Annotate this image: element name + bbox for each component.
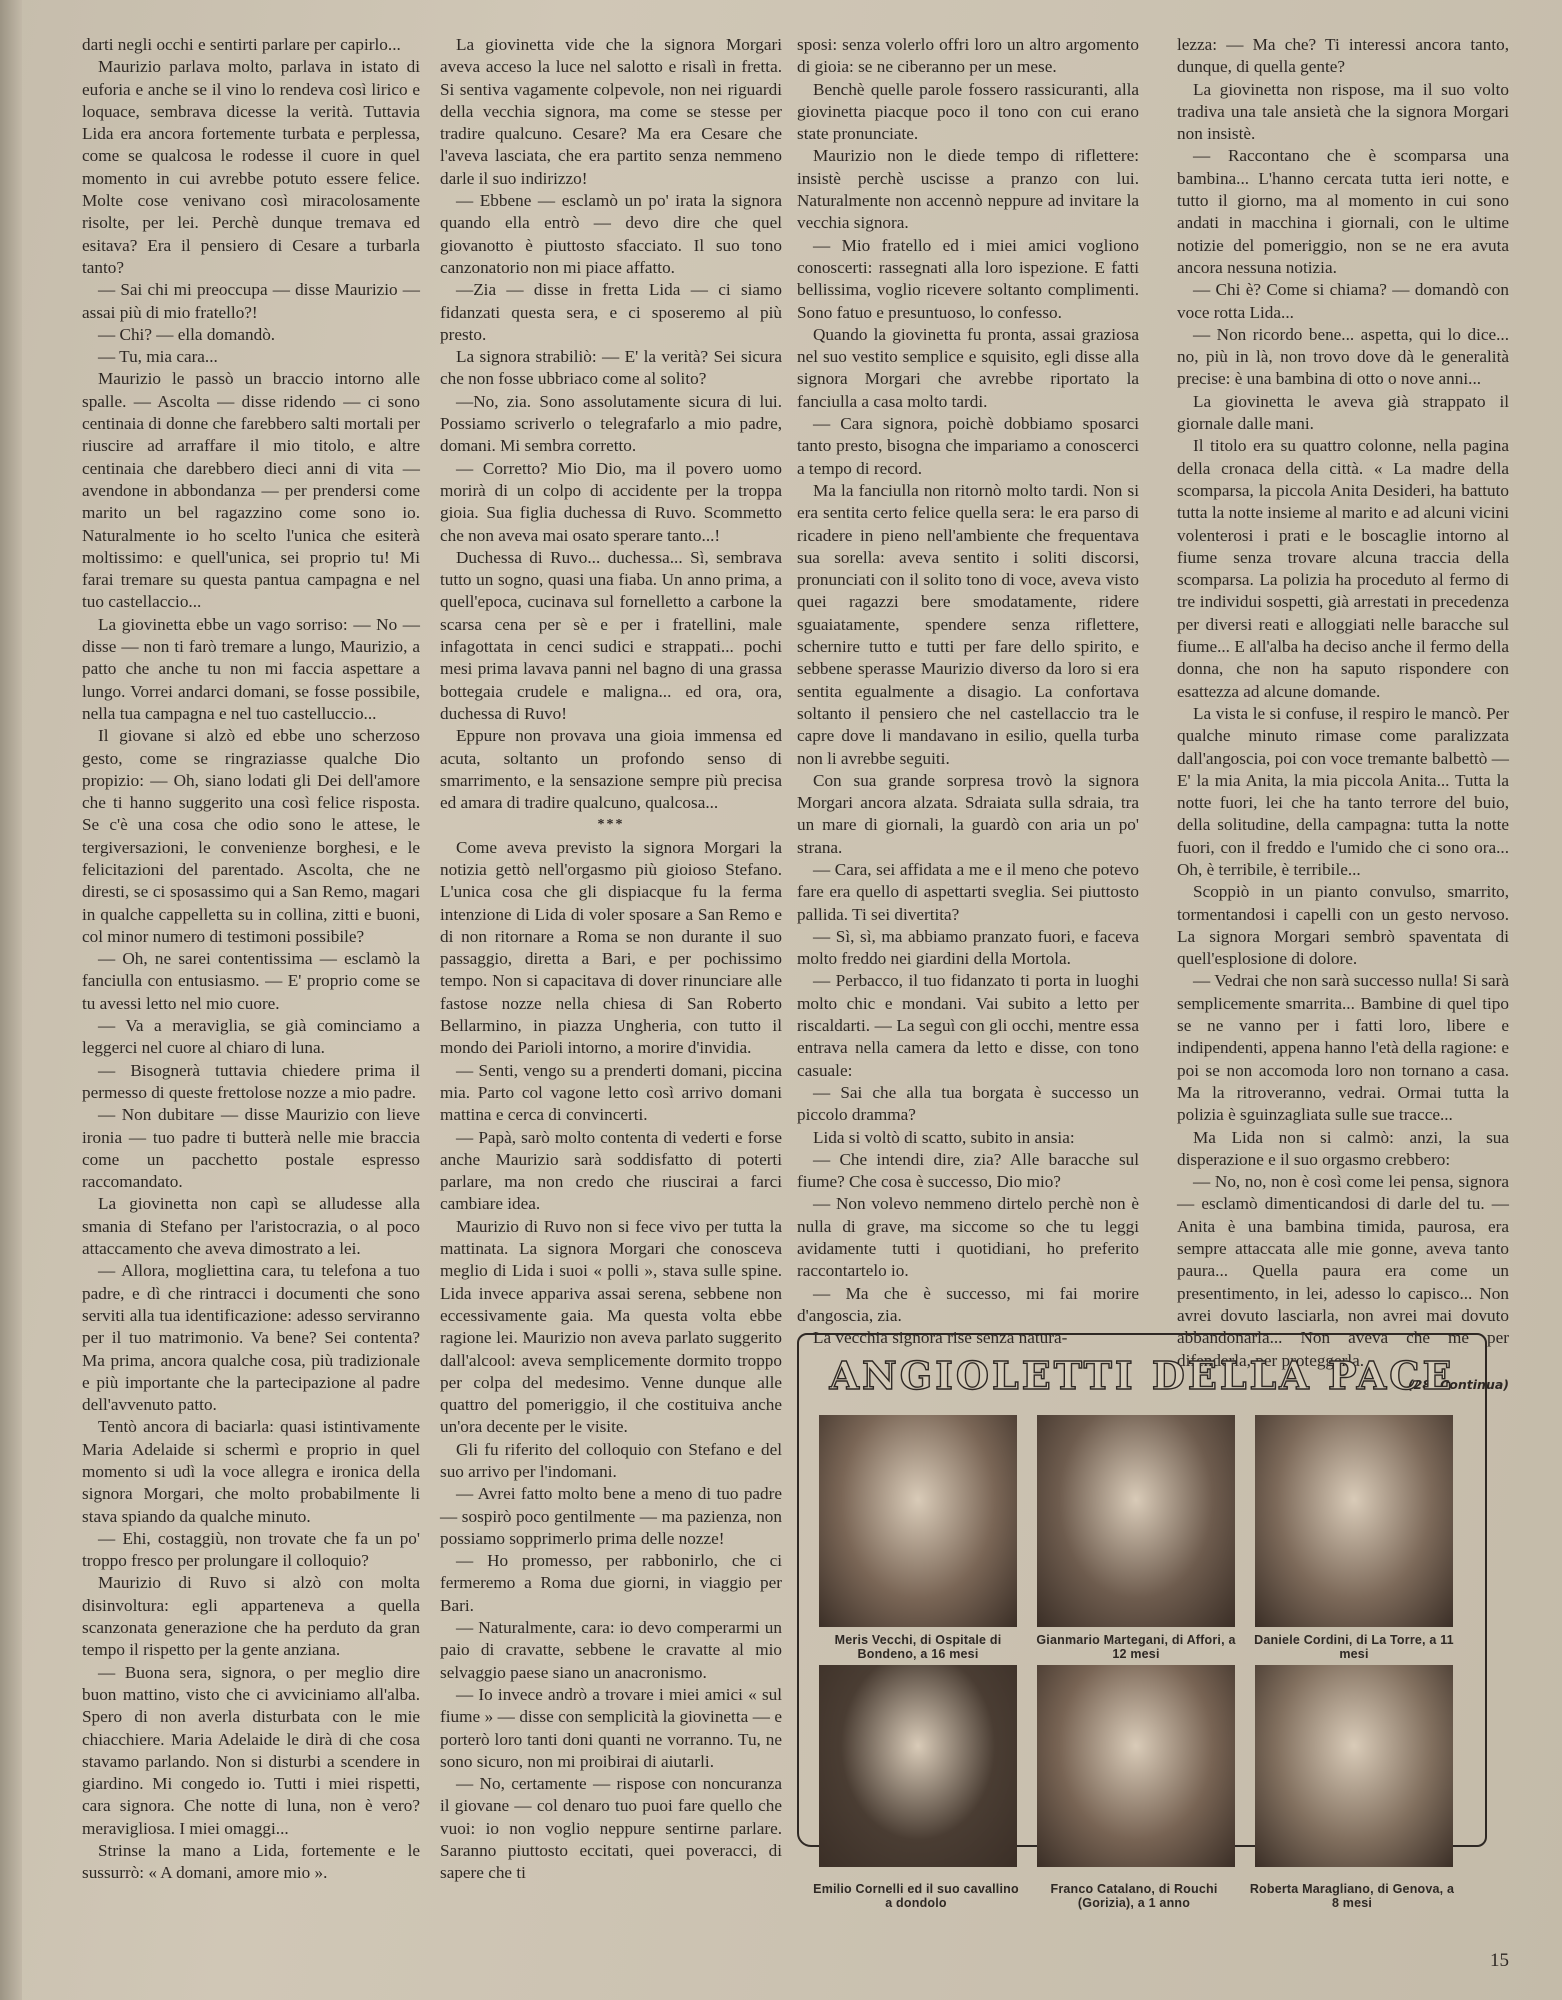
paragraph: La vista le si confuse, il respiro le ma… [1177,703,1509,881]
paragraph: — Naturalmente, cara: io devo comperarmi… [440,1617,782,1684]
page-spine-shadow [0,0,22,2000]
paragraph: — Chi? — ella domandò. [82,324,420,346]
paragraph: lezza: — Ma che? Ti interessi ancora tan… [1177,34,1509,79]
baby-photo-5 [1037,1665,1235,1867]
photo-feature-box: ANGIOLETTI DELLA PACE Meris Vecchi, di O… [797,1333,1487,1847]
paragraph: Gli fu riferito del colloquio con Stefan… [440,1439,782,1484]
paragraph: Lida si voltò di scatto, subito in ansia… [797,1127,1139,1149]
paragraph: La signora strabiliò: — E' la verità? Se… [440,346,782,391]
photo-feature-title: ANGIOLETTI DELLA PACE [821,1353,1463,1398]
paragraph: Il titolo era su quattro colonne, nella … [1177,435,1509,703]
paragraph: — Ma che è successo, mi fai morire d'ang… [797,1283,1139,1328]
paragraph: Tentò ancora di baciarla: quasi istintiv… [82,1416,420,1527]
paragraph: — Perbacco, il tuo fidanzato ti porta in… [797,970,1139,1081]
paragraph: Benchè quelle parole fossero rassicurant… [797,79,1139,146]
baby-photo-2 [1037,1415,1235,1627]
paragraph: — Papà, sarò molto contenta di vederti e… [440,1127,782,1216]
paragraph: — Ebbene — esclamò un po' irata la signo… [440,190,782,279]
paragraph: — Non ricordo bene... aspetta, qui lo di… [1177,324,1509,391]
paragraph: Scoppiò in un pianto convulso, smarrito,… [1177,881,1509,970]
paragraph: — Tu, mia cara... [82,346,420,368]
paragraph: — Buona sera, signora, o per meglio dire… [82,1662,420,1840]
paragraph: Con sua grande sorpresa trovò la signora… [797,770,1139,859]
paragraph: — Bisognerà tuttavia chiedere prima il p… [82,1060,420,1105]
photo-caption-6: Roberta Maragliano, di Genova, a 8 mesi [1249,1882,1455,1910]
paragraph: — Sì, sì, ma abbiamo pranzato fuori, e f… [797,926,1139,971]
paragraph: La giovinetta ebbe un vago sorriso: — No… [82,614,420,725]
paragraph: — Cara signora, poichè dobbiamo sposarci… [797,413,1139,480]
photo-caption-2: Gianmario Martegani, di Affori, a 12 mes… [1033,1633,1239,1661]
text-column-4: lezza: — Ma che? Ti interessi ancora tan… [1177,34,1509,1396]
paragraph: La giovinetta non rispose, ma il suo vol… [1177,79,1509,146]
paragraph: La giovinetta non capì se alludesse alla… [82,1193,420,1260]
text-column-2: La giovinetta vide che la signora Morgar… [440,34,782,1885]
paragraph: — Oh, ne sarei contentissima — esclamò l… [82,948,420,1015]
text-column-3: sposi: senza volerlo offri loro un altro… [797,34,1139,1350]
photo-caption-4: Emilio Cornelli ed il suo cavallino a do… [813,1882,1019,1910]
paragraph: — Raccontano che è scomparsa una bambina… [1177,145,1509,279]
paragraph: Come aveva previsto la signora Morgari l… [440,837,782,1060]
paragraph: — Sai chi mi preoccupa — disse Maurizio … [82,279,420,324]
paragraph: Maurizio di Ruvo non si fece vivo per tu… [440,1216,782,1439]
baby-photo-3 [1255,1415,1453,1627]
paragraph: — Ho promesso, per rabbonirlo, che ci fe… [440,1550,782,1617]
paragraph: — Senti, vengo su a prenderti domani, pi… [440,1060,782,1127]
paragraph: darti negli occhi e sentirti parlare per… [82,34,420,56]
paragraph: Maurizio le passò un braccio intorno all… [82,368,420,613]
paragraph: — Allora, mogliettina cara, tu telefona … [82,1260,420,1416]
paragraph: — Avrei fatto molto bene a meno di tuo p… [440,1483,782,1550]
paragraph: Strinse la mano a Lida, fortemente e le … [82,1840,420,1885]
page-number: 15 [1490,1950,1509,1972]
paragraph: — Non dubitare — disse Maurizio con liev… [82,1104,420,1193]
paragraph: — Cara, sei affidata a me e il meno che … [797,859,1139,926]
paragraph: Il giovane si alzò ed ebbe uno scherzoso… [82,725,420,948]
baby-photo-4 [819,1665,1017,1867]
photo-caption-5: Franco Catalano, di Rouchi (Gorizia), a … [1031,1882,1237,1910]
paragraph: — Corretto? Mio Dio, ma il povero uomo m… [440,458,782,547]
photo-caption-1: Meris Vecchi, di Ospitale di Bondeno, a … [815,1633,1021,1661]
paragraph: Eppure non provava una gioia immensa ed … [440,725,782,814]
paragraph: — Io invece andrò a trovare i miei amici… [440,1684,782,1773]
magazine-page: darti negli occhi e sentirti parlare per… [0,0,1562,2000]
paragraph: sposi: senza volerlo offri loro un altro… [797,34,1139,79]
paragraph: — No, certamente — rispose con noncuranz… [440,1773,782,1884]
paragraph: —No, zia. Sono assolutamente sicura di l… [440,391,782,458]
paragraph: — Mio fratello ed i miei amici vogliono … [797,235,1139,324]
paragraph: Maurizio non le diede tempo di rifletter… [797,145,1139,234]
paragraph: La giovinetta le aveva già strappato il … [1177,391,1509,436]
paragraph: — Chi è? Come si chiama? — domandò con v… [1177,279,1509,324]
paragraph: —Zia — disse in fretta Lida — ci siamo f… [440,279,782,346]
section-separator: *** [440,814,782,836]
paragraph: — Non volevo nemmeno dirtelo perchè non … [797,1193,1139,1282]
paragraph: — Sai che alla tua borgata è successo un… [797,1082,1139,1127]
paragraph: Maurizio parlava molto, parlava in istat… [82,56,420,279]
baby-photo-6 [1255,1665,1453,1867]
baby-photo-1 [819,1415,1017,1627]
paragraph: Quando la giovinetta fu pronta, assai gr… [797,324,1139,413]
photo-caption-3: Daniele Cordini, di La Torre, a 11 mesi [1251,1633,1457,1661]
paragraph: Ma la fanciulla non ritornò molto tardi.… [797,480,1139,770]
paragraph: Ma Lida non si calmò: anzi, la sua dispe… [1177,1127,1509,1172]
paragraph: Duchessa di Ruvo... duchessa... Sì, semb… [440,547,782,725]
text-column-1: darti negli occhi e sentirti parlare per… [82,34,420,1885]
paragraph: — Che intendi dire, zia? Alle baracche s… [797,1149,1139,1194]
paragraph: La giovinetta vide che la signora Morgar… [440,34,782,190]
paragraph: — Vedrai che non sarà successo nulla! Si… [1177,970,1509,1126]
paragraph: Maurizio di Ruvo si alzò con molta disin… [82,1572,420,1661]
paragraph: — Va a meraviglia, se già cominciamo a l… [82,1015,420,1060]
paragraph: — Ehi, costaggiù, non trovate che fa un … [82,1528,420,1573]
